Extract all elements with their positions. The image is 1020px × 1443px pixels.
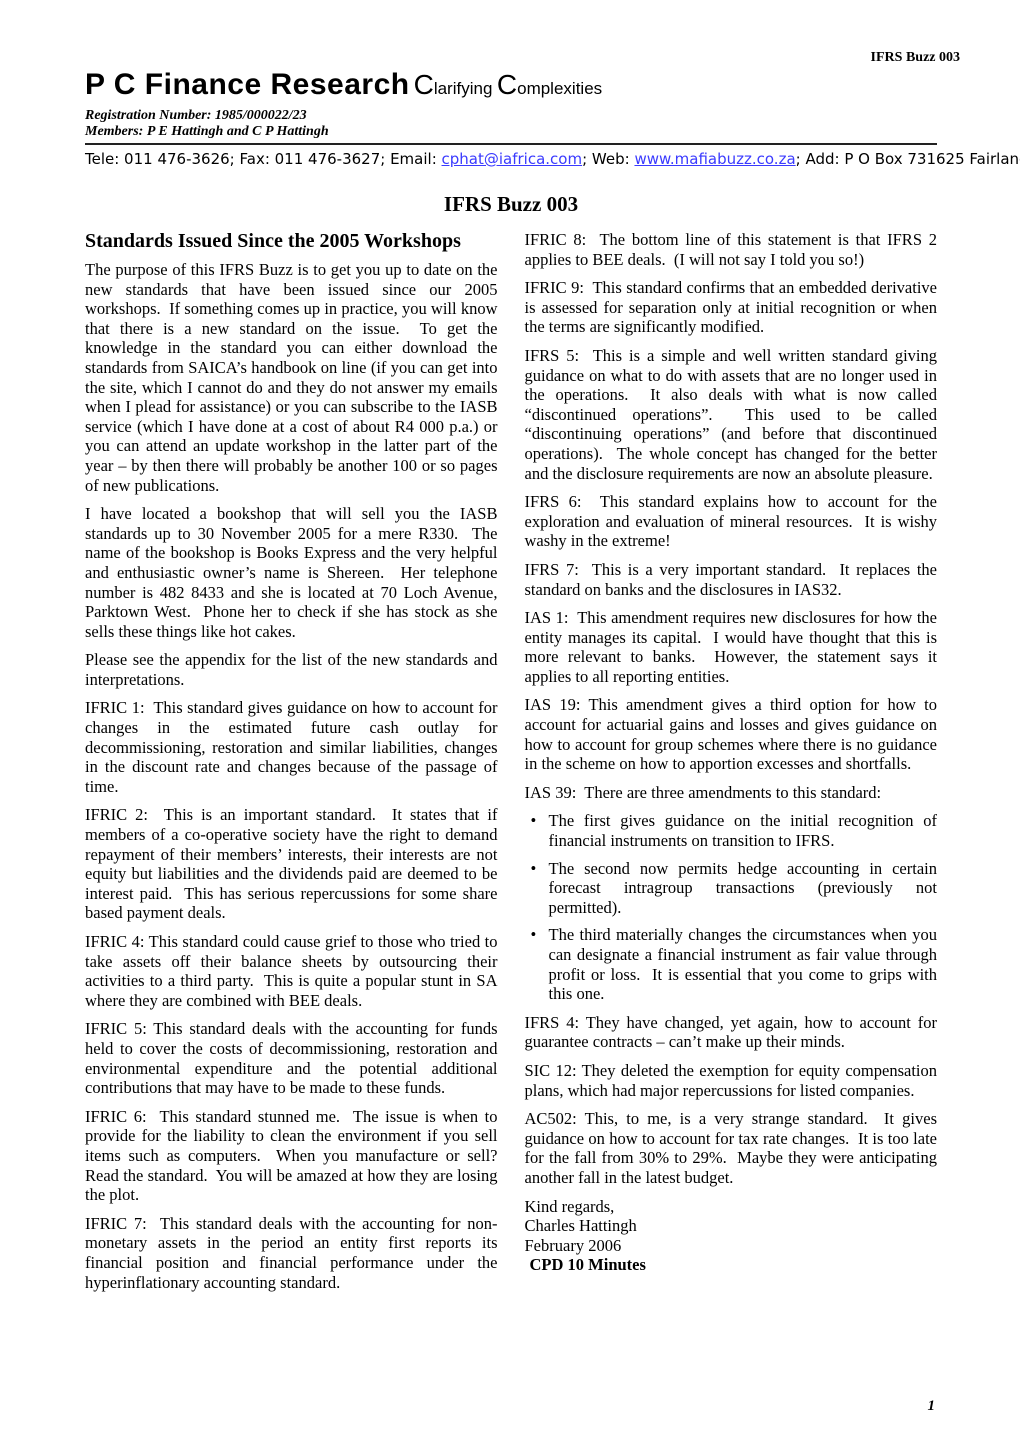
list-item: The second now permits hedge accounting …: [525, 859, 938, 918]
paragraph: IAS 1: This amendment requires new discl…: [525, 608, 938, 686]
registration-number: Registration Number: 1985/000022/23: [85, 108, 937, 124]
paragraph: IAS 39: There are three amendments to th…: [525, 783, 938, 803]
paragraph: The purpose of this IFRS Buzz is to get …: [85, 260, 498, 495]
paragraph: IFRS 5: This is a simple and well writte…: [525, 346, 938, 483]
contact-line: Tele: 011 476-3626; Fax: 011 476-3627; E…: [85, 150, 937, 168]
list-item: The third materially changes the circums…: [525, 925, 938, 1003]
email-link[interactable]: cphat@iafrica.com: [442, 150, 583, 168]
paragraph: IFRS 4: They have changed, yet again, ho…: [525, 1013, 938, 1052]
paragraph: IAS 19: This amendment gives a third opt…: [525, 695, 938, 773]
tagline-cap-2: C: [497, 69, 517, 100]
signature-line: Charles Hattingh: [525, 1216, 938, 1236]
two-column-body: Standards Issued Since the 2005 Workshop…: [85, 230, 937, 1301]
masthead: P C Finance Research Clarifying Complexi…: [85, 70, 937, 100]
paragraph: SIC 12: They deleted the exemption for e…: [525, 1061, 938, 1100]
page-number: 1: [928, 1398, 936, 1415]
paragraph: AC502: This, to me, is a very strange st…: [525, 1109, 938, 1187]
paragraph: IFRIC 4: This standard could cause grief…: [85, 932, 498, 1010]
paragraph: IFRIC 1: This standard gives guidance on…: [85, 698, 498, 796]
signature-line: Kind regards,: [525, 1197, 938, 1217]
tagline-clarifying: Clarifying: [414, 81, 497, 98]
amendments-list: The first gives guidance on the initial …: [525, 811, 938, 1003]
contact-mid: ; Web:: [582, 150, 634, 168]
right-column: IFRIC 8: The bottom line of this stateme…: [525, 230, 938, 1301]
paragraph: Please see the appendix for the list of …: [85, 650, 498, 689]
web-link[interactable]: www.mafiabuzz.co.za: [634, 150, 795, 168]
tagline-cap-1: C: [414, 69, 434, 100]
signature-block: Kind regards, Charles Hattingh February …: [525, 1197, 938, 1275]
document-title: IFRS Buzz 003: [85, 192, 937, 217]
contact-pre: Tele: 011 476-3626; Fax: 011 476-3627; E…: [85, 150, 442, 168]
paragraph: IFRIC 9: This standard confirms that an …: [525, 278, 938, 337]
paragraph: I have located a bookshop that will sell…: [85, 504, 498, 641]
contact-post: ; Add: P O Box 731625 Fairland 2030: [796, 150, 1020, 168]
tagline-rest-2: omplexities: [517, 79, 602, 98]
company-name: P C Finance Research: [85, 68, 410, 101]
paragraph: IFRIC 2: This is an important standard. …: [85, 805, 498, 923]
tagline-complexities: Complexities: [497, 81, 602, 98]
paragraph: IFRS 7: This is a very important standar…: [525, 560, 938, 599]
left-column: Standards Issued Since the 2005 Workshop…: [85, 230, 498, 1301]
signature-line: February 2006: [525, 1236, 938, 1256]
cpd-note: CPD 10 Minutes: [525, 1255, 938, 1275]
paragraph: IFRIC 8: The bottom line of this stateme…: [525, 230, 938, 269]
paragraph: IFRIC 5: This standard deals with the ac…: [85, 1019, 498, 1097]
document-page: IFRS Buzz 003 P C Finance Research Clari…: [0, 0, 1020, 1443]
section-heading: Standards Issued Since the 2005 Workshop…: [85, 230, 498, 253]
members-line: Members: P E Hattingh and C P Hattingh: [85, 124, 937, 140]
tagline-rest-1: larifying: [434, 79, 493, 98]
paragraph: IFRS 6: This standard explains how to ac…: [525, 492, 938, 551]
paragraph: IFRIC 6: This standard stunned me. The i…: [85, 1107, 498, 1205]
corner-label: IFRS Buzz 003: [871, 50, 960, 66]
list-item: The first gives guidance on the initial …: [525, 811, 938, 850]
header-divider: [85, 143, 937, 145]
paragraph: IFRIC 7: This standard deals with the ac…: [85, 1214, 498, 1292]
